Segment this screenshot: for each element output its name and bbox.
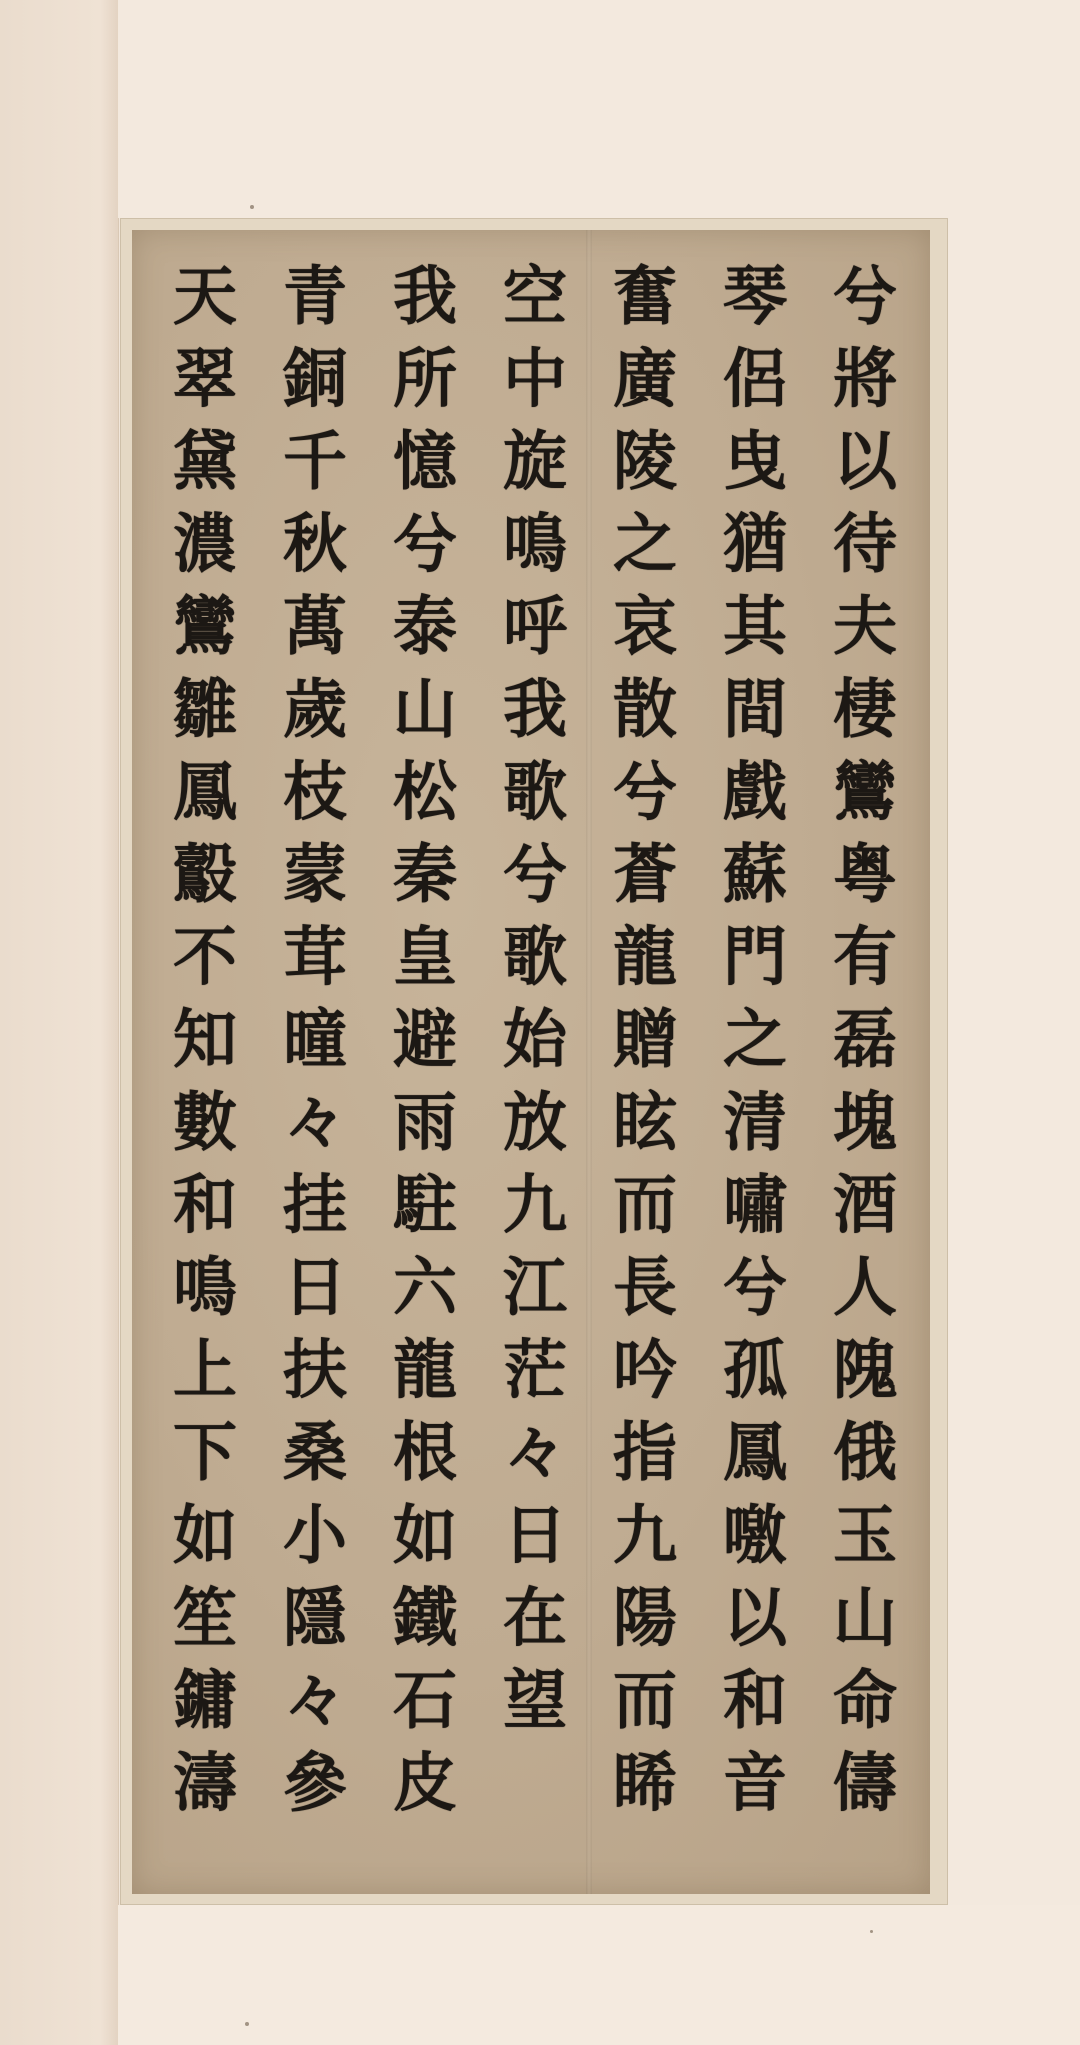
column-text: 青銅千秋萬歲枝蒙茸曈々挂日扶桑小隱々參 [256,262,362,1831]
column-text: 琴侶曳猶其間戲蘇門之清嘯兮孤鳳噭以和音 [696,262,802,1831]
column-text: 天翠黛濃鸞雛鳳鷇不知數和鳴上下如笙鏞濤 [146,262,252,1831]
calligraphy-columns: 兮將以待夫棲鸞粤有磊塊酒人隗俄玉山命儔 琴侶曳猶其間戲蘇門之清嘯兮孤鳳噭以和音 … [132,262,930,1882]
column-text: 空中旋鳴呼我歌兮歌始放九江茫々日在望 [476,262,582,1749]
mount-right-margin [948,218,1080,1905]
calligraphy-column-3: 奮廣陵之哀散兮蒼龍贈眩而長吟指九陽而睎 [586,262,692,1882]
column-text: 兮將以待夫棲鸞粤有磊塊酒人隗俄玉山命儔 [806,262,912,1831]
calligraphy-column-6: 青銅千秋萬歲枝蒙茸曈々挂日扶桑小隱々參 [256,262,362,1882]
mount-bottom-margin [118,1905,1080,2045]
calligraphy-column-4: 空中旋鳴呼我歌兮歌始放九江茫々日在望 [476,262,582,1882]
calligraphy-column-1: 兮將以待夫棲鸞粤有磊塊酒人隗俄玉山命儔 [806,262,912,1882]
column-text: 奮廣陵之哀散兮蒼龍贈眩而長吟指九陽而睎 [586,262,692,1831]
calligraphy-column-7: 天翠黛濃鸞雛鳳鷇不知數和鳴上下如笙鏞濤 [146,262,252,1882]
paper-speck [870,1930,873,1933]
mount-top-margin [118,0,1080,218]
paper-speck [250,205,254,209]
column-text: 我所憶兮泰山松秦皇避雨駐六龍根如鐵石皮 [366,262,472,1831]
paper-speck [245,2022,249,2026]
mount-left-edge [0,0,119,2045]
calligraphy-column-2: 琴侶曳猶其間戲蘇門之清嘯兮孤鳳噭以和音 [696,262,802,1882]
calligraphy-column-5: 我所憶兮泰山松秦皇避雨駐六龍根如鐵石皮 [366,262,472,1882]
